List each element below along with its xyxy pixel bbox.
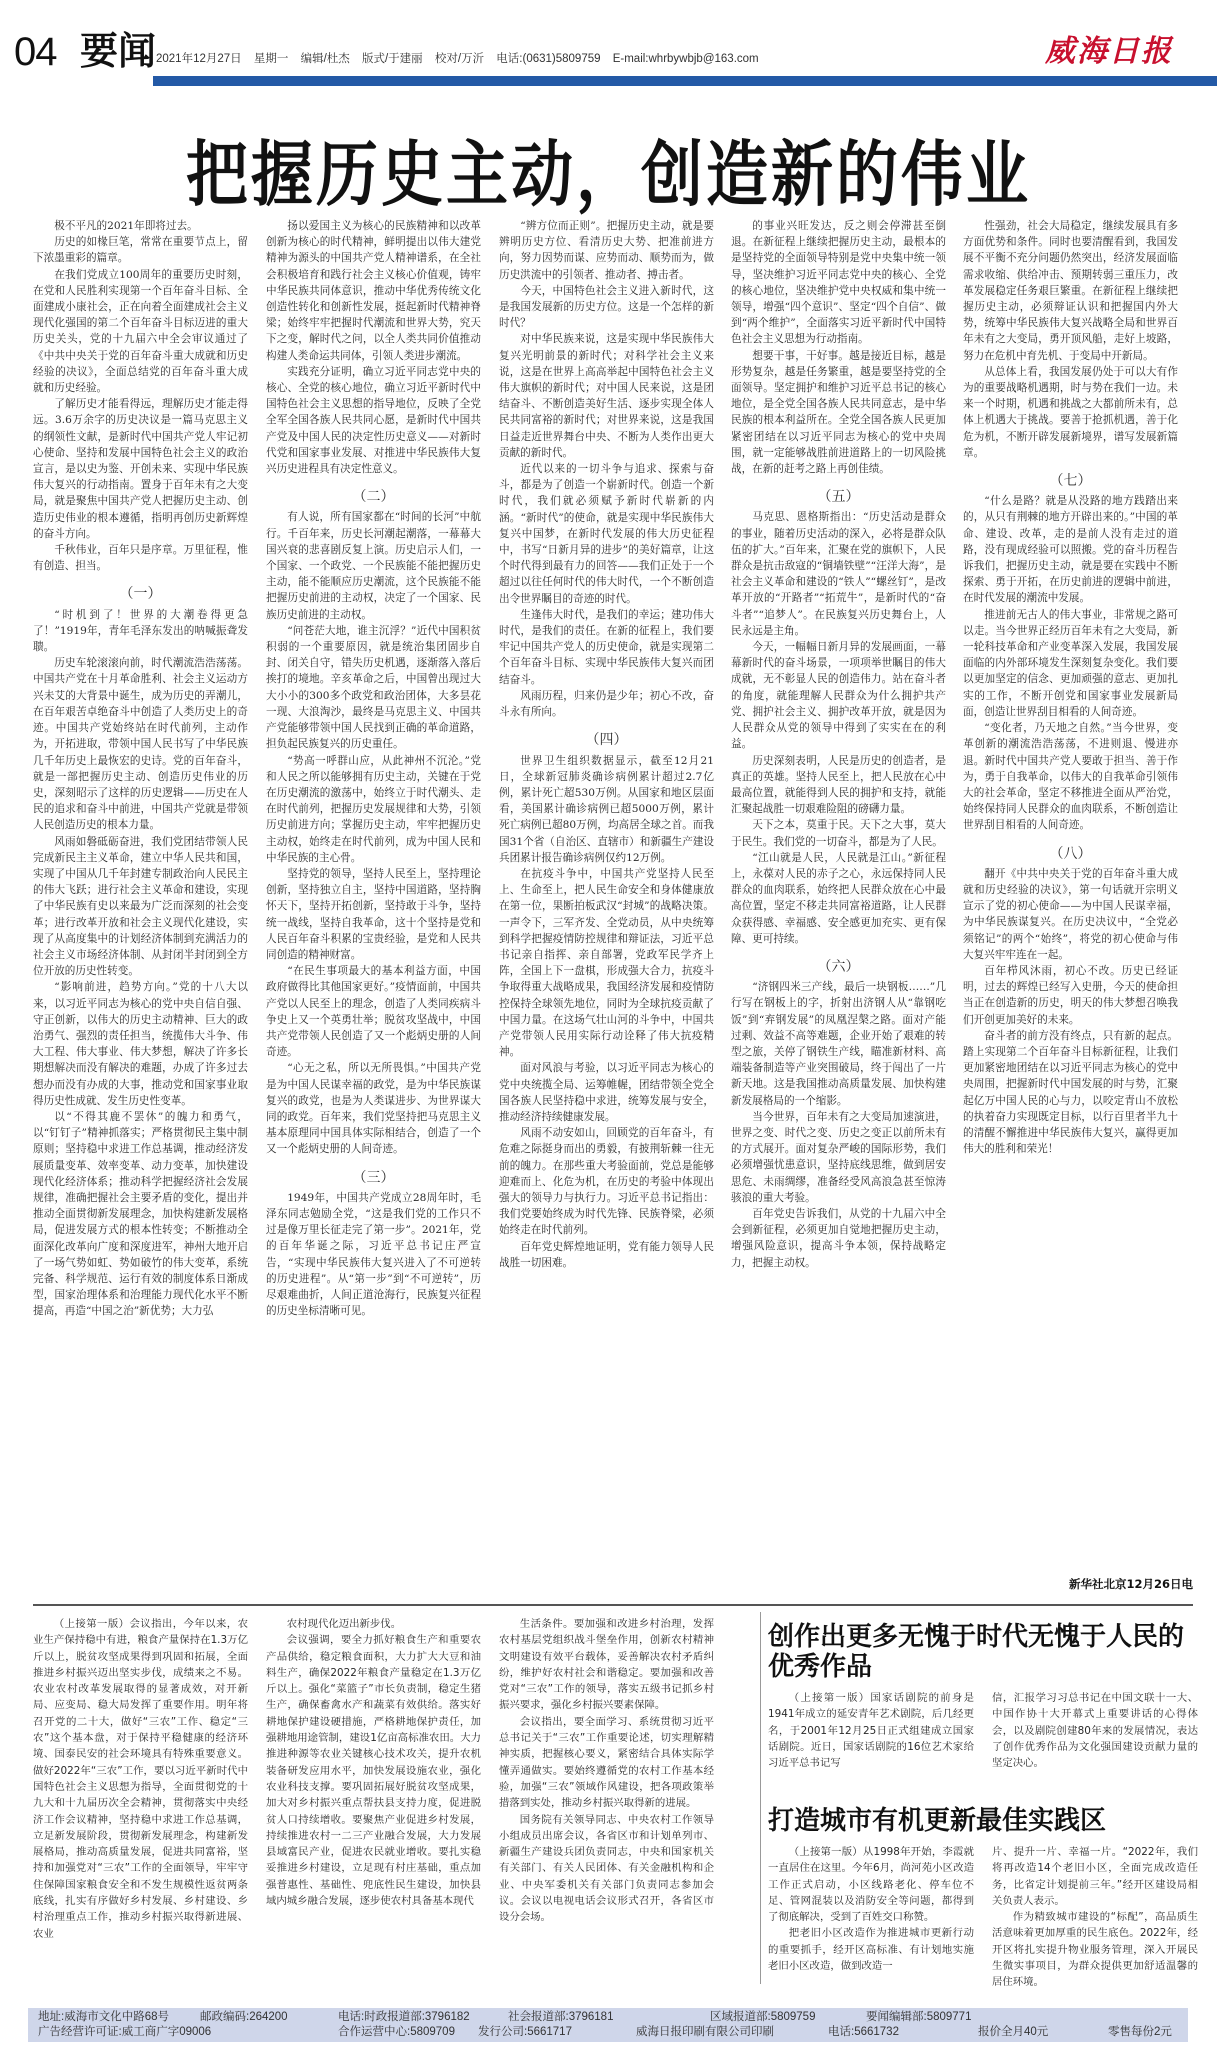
paragraph: 面对风浪与考验，以习近平同志为核心的党中央统揽全局、运筹帷幄，团结带领全党全国各… [499, 1060, 714, 1125]
issue-weekday: 星期一 [254, 53, 289, 65]
paragraph: 今天，中国特色社会主义进入新时代，这是我国发展新的历史方位。这是一个怎样的新时代… [499, 283, 714, 332]
paragraph: 信，汇报学习习总书记在中国文联十一大、中国作协十大开幕式上重要讲话的心得体会，以… [992, 1690, 1198, 1771]
paragraph: 历史的如椽巨笔，常常在重要节点上，留下浓墨重彩的篇章。 [33, 234, 248, 266]
urban-column-1: （上接第一版）从1998年开始，李霞就一直居住在这里。今年6月，尚河苑小区改造工… [768, 1844, 974, 1991]
paragraph: 片、提升一片、幸福一片。“2022年，我们将再改造14个老旧小区，全面完成改造任… [992, 1844, 1198, 1909]
vertical-divider [760, 1612, 761, 1984]
paragraph: 千秋伟业，百年只是序章。万里征程，惟有创造、担当。 [33, 542, 248, 574]
paragraph: 作为精致城市建设的“标配”，高品质生活意味着更加厚重的民生底色。2022年，经开… [992, 1909, 1198, 1990]
paragraph: 了解历史才能看得远，理解历史才能走得远。3.6万余字的历史决议是一篇马克思主义的… [33, 396, 248, 542]
section-number: （四） [499, 732, 714, 748]
paragraph: 推进前无古人的伟大事业，非常规之路可以走。当今世界正经历百年未有之大变局，新一轮… [963, 607, 1178, 720]
paragraph: 风雨不动安如山，回顾党的百年奋斗，有危难之际挺身而出的勇毅，有披荆斩棘一往无前的… [499, 1125, 714, 1238]
paragraph: 生活条件。要加强和改进乡村治理，发挥农村基层党组织战斗堡垒作用，创新农村精神文明… [499, 1616, 714, 1714]
paragraph: “在民生事项最大的基本利益方面，中国政府做得比其他国家更好。”疫情面前，中国共产… [266, 963, 481, 1060]
paragraph: 历史深刻表明，人民是历史的创造者，是真正的英雄。坚持人民至上，把人民放在心中最高… [731, 753, 946, 818]
article-column-4: 的事业兴旺发达，反之则会停滞甚至倒退。在新征程上继续把握历史主动，最根本的是坚持… [731, 218, 946, 1590]
paragraph: 极不平凡的2021年即将过去。 [33, 218, 248, 234]
paragraph: 会议指出，要全面学习、系统贯彻习近平总书记关于“三农”工作重要论述，切实理解精神… [499, 1714, 714, 1812]
footer-row-2: 广告经营许可证:威工商广字09006 合作运营中心:5809709 发行公司:5… [38, 2025, 1178, 2040]
footer-info-bar: 地址:威海市文化中路68号 邮政编码:264200 电话:时政报道部:37961… [28, 2008, 1188, 2042]
rural-column-2: 农村现代化迈出新步伐。会议强调，要全力抓好粮食生产和重要农产品供给，稳定粮食面积… [266, 1616, 481, 1986]
layout-credit: 版式/于建丽 [362, 53, 423, 65]
paragraph: 百年党史辉煌地证明，党有能力领导人民战胜一切困难。 [499, 1239, 714, 1271]
rural-column-3: 生活条件。要加强和改进乡村治理，发挥农村基层党组织战斗堡垒作用，创新农村精神文明… [499, 1616, 714, 1986]
paragraph: 把老旧小区改造作为推进城市更新行动的重要抓手，经开区高标准、有计划地实施老旧小区… [768, 1925, 974, 1974]
urban-renewal-article: 打造城市有机更新最佳实践区 （上接第一版）从1998年开始，李霞就一直居住在这里… [768, 1806, 1198, 1991]
footer-operations: 合作运营中心:5809709 [338, 2025, 455, 2040]
paragraph: 奋斗者的前方没有终点，只有新的起点。踏上实现第二个百年奋斗目标新征程，让我们更加… [963, 1028, 1178, 1158]
paragraph: 扬以爱国主义为核心的民族精神和以改革创新为核心的时代精神，鲜明提出以伟大建党精神… [266, 218, 481, 364]
paragraph: 坚持党的领导，坚持人民至上，坚持理论创新，坚持独立自主，坚持中国道路，坚持胸怀天… [266, 866, 481, 963]
paragraph: 世界卫生组织数据显示，截至12月21日，全球新冠肺炎确诊病例累计超过2.7亿例，… [499, 753, 714, 866]
urban-column-2: 片、提升一片、幸福一片。“2022年，我们将再改造14个老旧小区，全面完成改造任… [992, 1844, 1198, 1991]
paragraph: 天下之本，莫重于民。天下之大事，莫大于民生。我们党的一切奋斗，都是为了人民。 [731, 817, 946, 849]
footer-distribution: 发行公司:5661717 [478, 2025, 572, 2040]
article-column-2: 扬以爱国主义为核心的民族精神和以改革创新为核心的时代精神，鲜明提出以伟大建党精神… [266, 218, 481, 1590]
paragraph: “变化者，乃天地之自然。”当今世界，变革创新的潮流浩浩荡荡，不进则退、慢进亦退。… [963, 720, 1178, 833]
article-column-1: 极不平凡的2021年即将过去。历史的如椽巨笔，常常在重要节点上，留下浓墨重彩的篇… [33, 218, 248, 1590]
editorial-email[interactable]: E-mail:whrbywbjb@163.com [613, 53, 759, 65]
issue-date: 2021年12月27日 [156, 53, 242, 65]
section-number: （三） [266, 1170, 481, 1186]
section-number: （七） [963, 473, 1178, 489]
footer-phone-society: 社会报道部:3796181 [508, 2010, 613, 2025]
rural-column-1: （上接第一版）会议指出，今年以来，农业生产保持稳中有进，粮食产量保持在1.3万亿… [33, 1616, 248, 1986]
main-article: 极不平凡的2021年即将过去。历史的如椽巨笔，常常在重要节点上，留下浓墨重彩的篇… [33, 218, 1193, 1590]
paragraph: 1949年，中国共产党成立28周年时，毛泽东同志勉励全党，“这是我们党的工作只不… [266, 1190, 481, 1320]
paragraph: 生逢伟大时代，是我们的幸运；建功伟大时代，是我们的责任。在新的征程上，我们要牢记… [499, 607, 714, 688]
paragraph: 在抗疫斗争中，中国共产党坚持人民至上、生命至上，把人民生命安全和身体健康放在第一… [499, 866, 714, 1060]
editor-credit: 编辑/杜杰 [301, 53, 350, 65]
paragraph: 有人说，所有国家都在“时间的长河”中航行。千百年来，历史长河潮起潮落，一幕幕大国… [266, 509, 481, 622]
paragraph: 翻开《中共中央关于党的百年奋斗重大成就和历史经验的决议》，第一句话就开宗明义宣示… [963, 866, 1178, 963]
paragraph: 性强劲，社会大局稳定，继续发展具有多方面优势和条件。同时也要清醒看到，我国发展不… [963, 218, 1178, 364]
footer-postcode: 邮政编码:264200 [200, 2010, 288, 2025]
header-rule [153, 76, 1217, 86]
masthead: 04 要闻 2021年12月27日 星期一 编辑/杜杰 版式/于建丽 校对/万沂… [0, 30, 1217, 72]
paragraph: 农村现代化迈出新步伐。 [266, 1616, 481, 1632]
editorial-phone: 电话:(0631)5809759 [496, 53, 600, 65]
paragraph: 当今世界，百年未有之大变局加速演进，世界之变、时代之变、历史之变正以前所未有的方… [731, 1109, 946, 1206]
article-byline: 新华社北京12月26日电 [1069, 1576, 1193, 1592]
paragraph: “势高一呼群山应，从此神州不沉沦。”党和人民之所以能够拥有历史主动，关键在于党在… [266, 753, 481, 866]
paragraph: 对中华民族来说，这是实现中华民族伟大复兴光明前景的新时代；对科学社会主义来说，这… [499, 331, 714, 461]
paragraph: 的事业兴旺发达，反之则会停滞甚至倒退。在新征程上继续把握历史主动，最根本的是坚持… [731, 218, 946, 348]
paragraph: （上接第一版）会议指出，今年以来，农业生产保持稳中有进，粮食产量保持在1.3万亿… [33, 1616, 248, 1942]
footer-row-1: 地址:威海市文化中路68号 邮政编码:264200 电话:时政报道部:37961… [38, 2010, 1178, 2025]
paragraph: 国务院有关领导同志、中央农村工作领导小组成员出席会议，各省区市和计划单列市、新疆… [499, 1812, 714, 1926]
theatre-article-title: 创作出更多无愧于时代无愧于人民的优秀作品 [768, 1622, 1198, 1682]
paragraph: 实践充分证明，确立习近平同志党中央的核心、全党的核心地位，确立习近平新时代中国特… [266, 364, 481, 477]
paragraph: “心无之私，所以无所畏惧。”中国共产党是为中国人民谋幸福的政党，是为中华民族谋复… [266, 1060, 481, 1157]
section-number: （五） [731, 489, 946, 505]
paragraph: “影响前进，趋势方向。”党的十八大以来，以习近平同志为核心的党中央自信自强、守正… [33, 979, 248, 1109]
article-column-3: “辨方位而正则”。把握历史主动，就是要辨明历史方位、看清历史大势、把准前进方向，… [499, 218, 714, 1590]
paragraph: 今天，一幅幅日新月异的发展画面，一幕幕新时代的奋斗场景，一项项举世瞩目的伟大成就… [731, 639, 946, 752]
paragraph: “江山就是人民，人民就是江山。”新征程上，永葆对人民的赤子之心，永远保持同人民群… [731, 850, 946, 947]
paragraph: 百年党史告诉我们，从党的十九届六中全会到新征程，必须更加自觉地把握历史主动，增强… [731, 1206, 946, 1271]
paragraph: “济钢四米三产线，最后一块钢板……”几行写在钢板上的字，折射出济钢人从“靠钢吃饭… [731, 979, 946, 1109]
footer-phone-regional: 区域报道部:5809759 [710, 2010, 815, 2025]
footer-price-single: 零售每份2元 [1108, 2025, 1172, 2040]
paragraph: 风雨如磐砥砺奋进，我们党团结带领人民完成新民主主义革命，建立中华人民共和国，实现… [33, 834, 248, 980]
newspaper-logo: 威海日报 [1045, 26, 1173, 70]
paragraph: “辨方位而正则”。把握历史主动，就是要辨明历史方位、看清历史大势、把准前进方向，… [499, 218, 714, 283]
footer-price-month: 报价全月40元 [978, 2025, 1048, 2040]
paragraph: 想要干事，干好事。越是接近目标，越是形势复杂，越是任务繁重，越是要坚持党的全面领… [731, 348, 946, 478]
rural-work-article: （上接第一版）会议指出，今年以来，农业生产保持稳中有进，粮食产量保持在1.3万亿… [33, 1616, 753, 1986]
paragraph: （上接第一版）从1998年开始，李霞就一直居住在这里。今年6月，尚河苑小区改造工… [768, 1844, 974, 1925]
paragraph: 从总体上看，我国发展仍处于可以大有作为的重要战略机遇期，时与势在我们一边。未来一… [963, 364, 1178, 461]
theatre-column-2: 信，汇报学习习总书记在中国文联十一大、中国作协十大开幕式上重要讲话的心得体会，以… [992, 1690, 1198, 1771]
section-number: （二） [266, 489, 481, 505]
footer-phone-news: 要闻编辑部:5809771 [866, 2010, 971, 2025]
footer-phone-politics: 电话:时政报道部:3796182 [338, 2010, 470, 2025]
theatre-column-1: （上接第一版）国家话剧院的前身是1941年成立的延安青年艺术剧院，后几经更名，于… [768, 1690, 974, 1771]
paragraph: 会议强调，要全力抓好粮食生产和重要农产品供给，稳定粮食面积，大力扩大大豆和油料生… [266, 1632, 481, 1909]
issue-meta: 2021年12月27日 星期一 编辑/杜杰 版式/于建丽 校对/万沂 电话:(0… [156, 50, 768, 66]
proofread-credit: 校对/万沂 [435, 53, 484, 65]
section-title: 要闻 [80, 30, 156, 72]
paragraph: 马克思、恩格斯指出：“历史活动是群众的事业，随着历史活动的深入，必将是群众队伍的… [731, 509, 946, 639]
paragraph: 近代以来的一切斗争与追求、探索与奋斗，都是为了创造一个崭新时代。创造一个新时代，… [499, 461, 714, 607]
section-number: （八） [963, 846, 1178, 862]
paragraph: 百年栉风沐雨，初心不改。历史已经证明，过去的辉煌已经写入史册，今天的使命担当正在… [963, 963, 1178, 1028]
page-number: 04 [14, 32, 57, 72]
paragraph: 历史车轮滚滚向前，时代潮流浩浩荡荡。中国共产党在十月革命胜利、社会主义运动方兴未… [33, 655, 248, 833]
section-number: （一） [33, 586, 248, 602]
paragraph: 风雨历程，归来仍是少年；初心不改，奋斗永有所向。 [499, 688, 714, 720]
main-headline: 把握历史主动，创造新的伟业 [0, 117, 1217, 219]
section-divider [33, 1604, 1193, 1606]
footer-address: 地址:威海市文化中路68号 [38, 2010, 169, 2025]
paragraph: （上接第一版）国家话剧院的前身是1941年成立的延安青年艺术剧院，后几经更名，于… [768, 1690, 974, 1771]
paragraph: 在我们党成立100周年的重要历史时刻，在党和人民胜利实现第一个百年奋斗目标、全面… [33, 267, 248, 397]
section-number: （六） [731, 959, 946, 975]
article-column-5: 性强劲，社会大局稳定，继续发展具有多方面优势和条件。同时也要清醒看到，我国发展不… [963, 218, 1178, 1590]
paragraph: “时机到了！世界的大潮卷得更急了！”1919年，青年毛泽东发出的呐喊振聋发聩。 [33, 607, 248, 656]
urban-renewal-title: 打造城市有机更新最佳实践区 [768, 1806, 1198, 1836]
paragraph: 以“不得其鹿不罢休”的魄力和勇气，以“钉钉子”精神抓落实；严格贯彻民主集中制原则… [33, 1109, 248, 1320]
paragraph: “问苍茫大地，谁主沉浮？”近代中国积贫积弱的一个重要原因，就是统治集团固步自封、… [266, 623, 481, 753]
footer-printer: 威海日报印刷有限公司印刷 [636, 2025, 774, 2040]
footer-license: 广告经营许可证:威工商广字09006 [38, 2025, 211, 2040]
theatre-article: 创作出更多无愧于时代无愧于人民的优秀作品 （上接第一版）国家话剧院的前身是194… [768, 1622, 1198, 1771]
paragraph: “什么是路？就是从没路的地方践踏出来的，从只有荆棘的地方开辟出来的。”中国的革命… [963, 493, 1178, 606]
footer-printer-phone: 电话:5661732 [828, 2025, 899, 2040]
